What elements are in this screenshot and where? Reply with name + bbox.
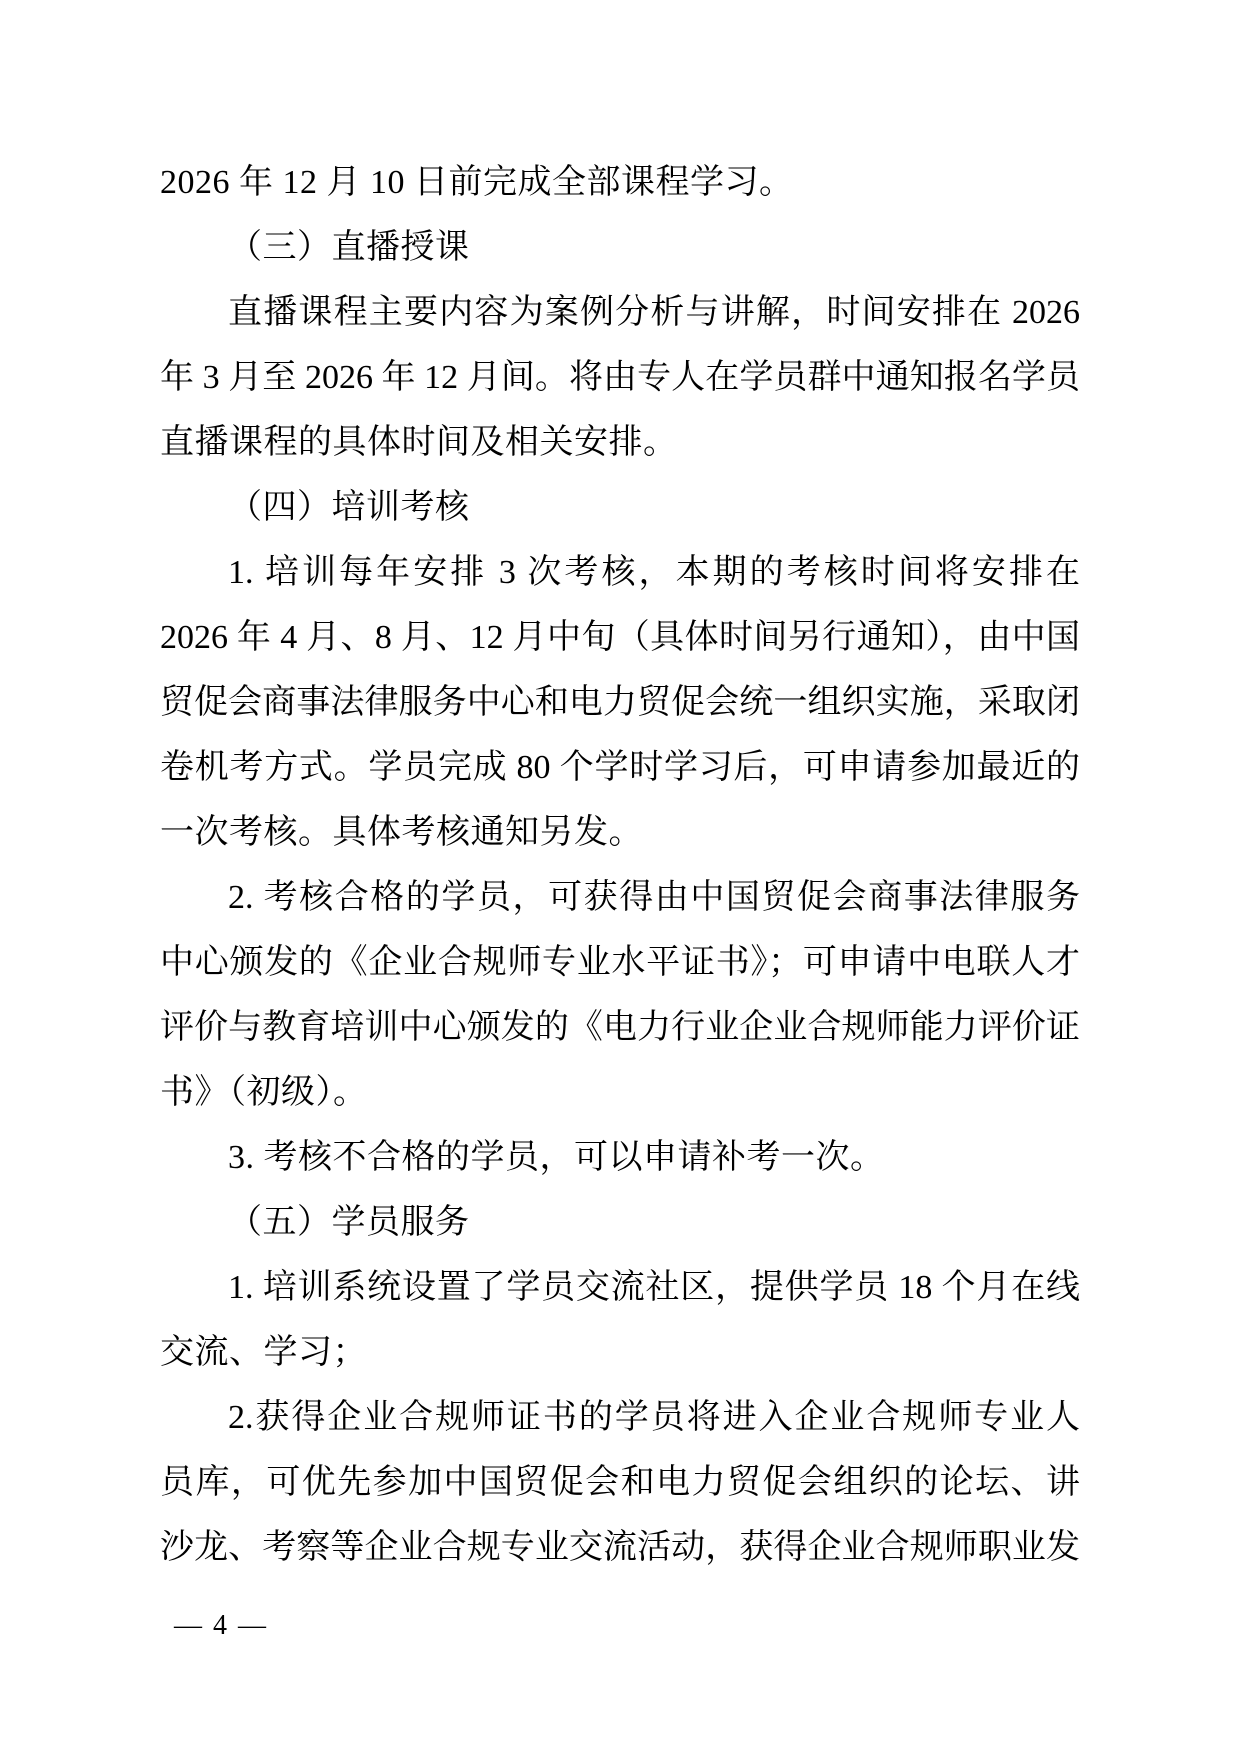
paragraph-line: 中心颁发的《企业合规师专业水平证书》；可申请中电联人才 <box>160 930 1080 995</box>
paragraph-line: 卷机考方式。学员完成 80 个学时学习后，可申请参加最近的 <box>160 735 1080 800</box>
paragraph-continuation-line: 2026 年 12 月 10 日前完成全部课程学习。 <box>160 150 1080 215</box>
paragraph-line: 直播课程的具体时间及相关安排。 <box>160 410 1080 475</box>
paragraph-line: 书》（初级）。 <box>160 1060 1080 1125</box>
document-body: 2026 年 12 月 10 日前完成全部课程学习。（三）直播授课直播课程主要内… <box>160 150 1080 1580</box>
paragraph-line: 沙龙、考察等企业合规专业交流活动，获得企业合规师职业发 <box>160 1515 1080 1580</box>
section-heading-student-services: （五）学员服务 <box>160 1190 1080 1255</box>
paragraph-line: 1. 培训每年安排 3 次考核，本期的考核时间将安排在 <box>160 540 1080 605</box>
document-page: 2026 年 12 月 10 日前完成全部课程学习。（三）直播授课直播课程主要内… <box>0 0 1241 1754</box>
paragraph-line: 一次考核。具体考核通知另发。 <box>160 800 1080 865</box>
paragraph-line: 员库，可优先参加中国贸促会和电力贸促会组织的论坛、讲座、 <box>160 1450 1080 1515</box>
paragraph-line: 2. 考核合格的学员，可获得由中国贸促会商事法律服务 <box>160 865 1080 930</box>
section-heading-live-teaching: （三）直播授课 <box>160 215 1080 280</box>
paragraph-line: 贸促会商事法律服务中心和电力贸促会统一组织实施，采取闭 <box>160 670 1080 735</box>
paragraph-line: 2026 年 4 月、8 月、12 月中旬（具体时间另行通知），由中国 <box>160 605 1080 670</box>
paragraph-line: 评价与教育培训中心颁发的《电力行业企业合规师能力评价证 <box>160 995 1080 1060</box>
page-number: — 4 — <box>174 1608 268 1644</box>
section-heading-training-assessment: （四）培训考核 <box>160 475 1080 540</box>
paragraph-line: 交流、学习； <box>160 1320 1080 1385</box>
paragraph-line: 年 3 月至 2026 年 12 月间。将由专人在学员群中通知报名学员 <box>160 345 1080 410</box>
paragraph-line: 直播课程主要内容为案例分析与讲解，时间安排在 2026 <box>160 280 1080 345</box>
paragraph-line: 3. 考核不合格的学员，可以申请补考一次。 <box>160 1125 1080 1190</box>
paragraph-line: 2.获得企业合规师证书的学员将进入企业合规师专业人 <box>160 1385 1080 1450</box>
paragraph-line: 1. 培训系统设置了学员交流社区，提供学员 18 个月在线 <box>160 1255 1080 1320</box>
